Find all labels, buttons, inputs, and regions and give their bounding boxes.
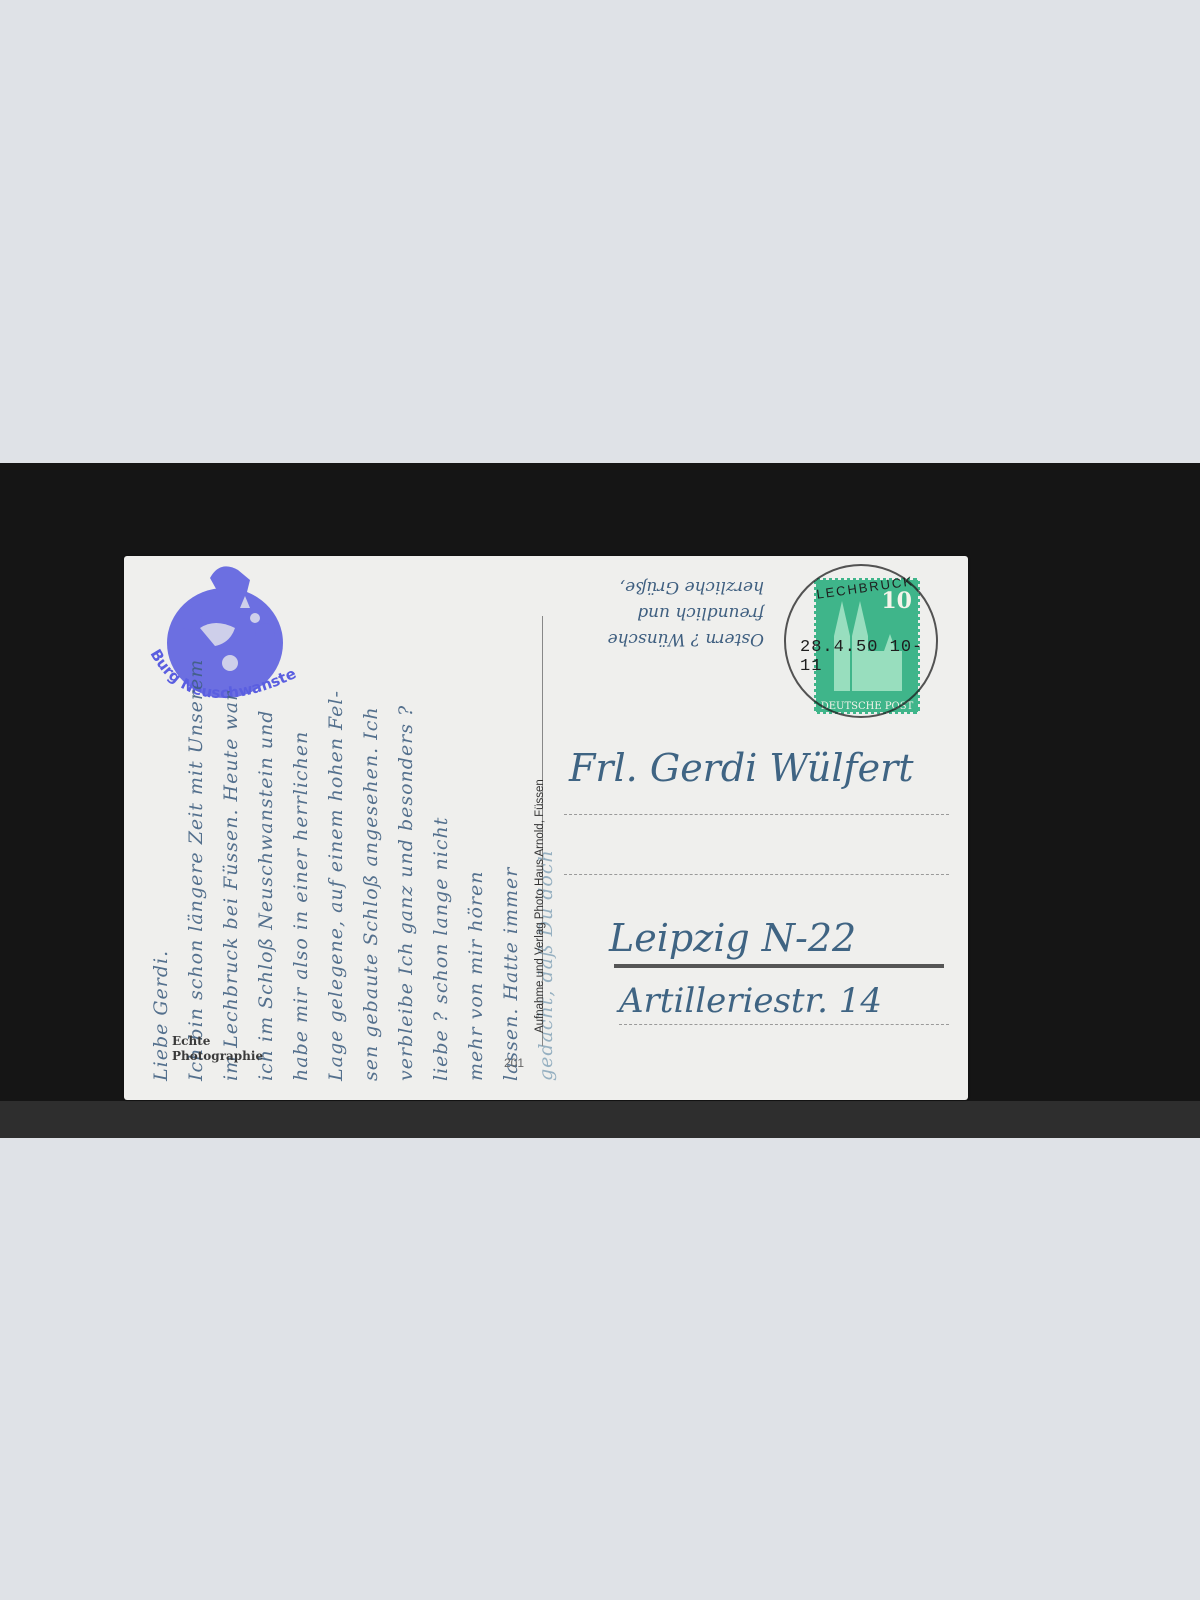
message-line: liebe ? schon lange nicht <box>424 576 459 1081</box>
address-underline <box>614 964 944 968</box>
sender-note: Ostern ? Wünsche freundlich und herzlich… <box>564 574 764 652</box>
message-line: ich im Schloß Neuschwanstein und <box>249 576 284 1081</box>
message-line: habe mir also in einer herrlichen <box>284 576 319 1081</box>
sender-note-line: freundlich und <box>564 600 764 626</box>
message-line: sen gebaute Schloß angesehen. Ich <box>354 576 389 1081</box>
message-line: Liebe Gerdi. <box>144 576 179 1081</box>
stamp-country-text: DEUTSCHE POST <box>814 701 920 712</box>
message-line: Ich bin schon längere Zeit mit Unserem <box>179 576 214 1081</box>
echte-word: Echte <box>172 1034 263 1049</box>
postcard-back: Burg Neuschwanstein Liebe Gerdi. Ich bin… <box>124 556 968 1100</box>
shelf-edge <box>0 1101 1200 1138</box>
plate-number: 201 <box>504 1056 524 1070</box>
message-line: Lage gelegene, auf einem hohen Fel- <box>319 576 354 1081</box>
handwritten-message: Liebe Gerdi. Ich bin schon längere Zeit … <box>144 576 544 1081</box>
recipient-name: Frl. Gerdi Wülfert <box>569 746 914 790</box>
message-line: verbleibe Ich ganz und besonders ? <box>389 576 424 1081</box>
postage-stamp: 10 DEUTSCHE POST <box>814 578 920 714</box>
sender-note-line: herzliche Grüße, <box>564 574 764 600</box>
stamp-denomination: 10 <box>881 588 912 614</box>
echte-photographie-label: Echte Photographie <box>172 1034 263 1064</box>
message-line: mehr von mir hören <box>459 576 494 1081</box>
recipient-street: Artilleriestr. 14 <box>619 981 882 1021</box>
publisher-imprint: Aufnahme und Verlag Photo Haus Arnold, F… <box>534 613 546 1033</box>
sender-note-line: Ostern ? Wünsche <box>564 626 764 652</box>
address-line-3 <box>619 1024 949 1025</box>
photographie-word: Photographie <box>172 1049 263 1064</box>
address-line-2 <box>564 874 949 875</box>
recipient-city: Leipzig N-22 <box>609 916 856 960</box>
message-line: im Lechbruck bei Füssen. Heute war <box>214 576 249 1081</box>
message-line: lassen. Hatte immer <box>494 576 529 1081</box>
address-line-1 <box>564 814 949 815</box>
